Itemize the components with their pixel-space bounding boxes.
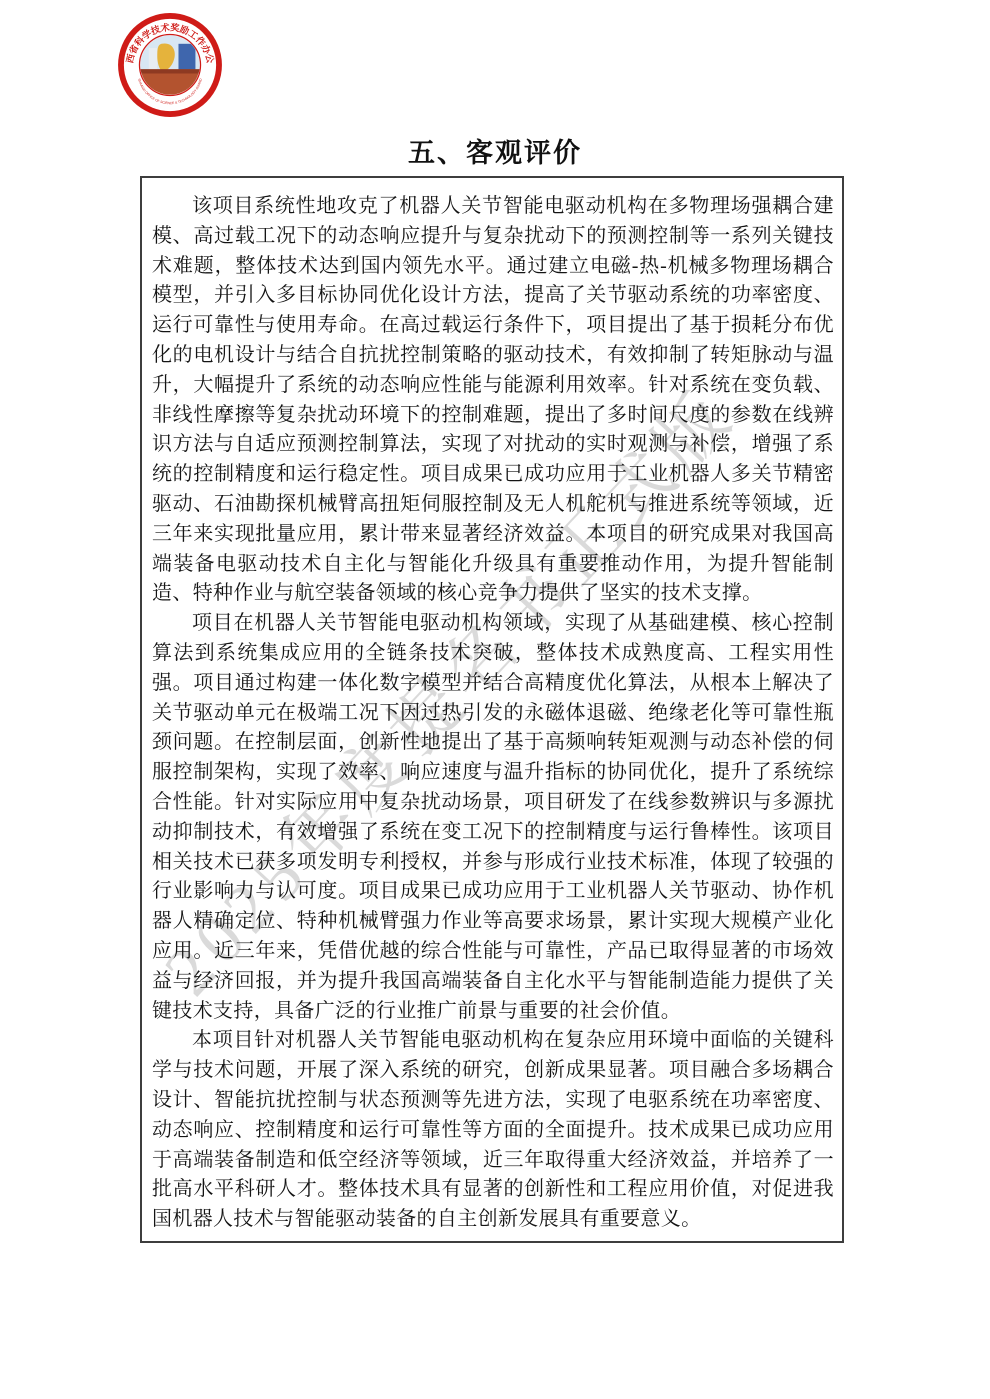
evaluation-text-box: 该项目系统性地攻克了机器人关节智能电驱动机构在多物理场强耦合建模、高过载工况下的… [140, 176, 844, 1243]
evaluation-paragraph-3: 本项目针对机器人关节智能电驱动机构在复杂应用环境中面临的关键科学与技术问题，开展… [152, 1026, 834, 1235]
seal-center-image [140, 35, 199, 94]
evaluation-paragraph-1: 该项目系统性地攻克了机器人关节智能电驱动机构在多物理场强耦合建模、高过载工况下的… [152, 192, 834, 609]
page-title: 五、客观评价 [0, 131, 990, 170]
evaluation-paragraph-2: 项目在机器人关节智能电驱动机构领域，实现了从基础建模、核心控制算法到系统集成应用… [152, 609, 834, 1026]
org-seal-logo: 陕西省科学技术奖励工作办公室 SHAANXI OFFICE OF SCIENCE… [117, 12, 223, 118]
